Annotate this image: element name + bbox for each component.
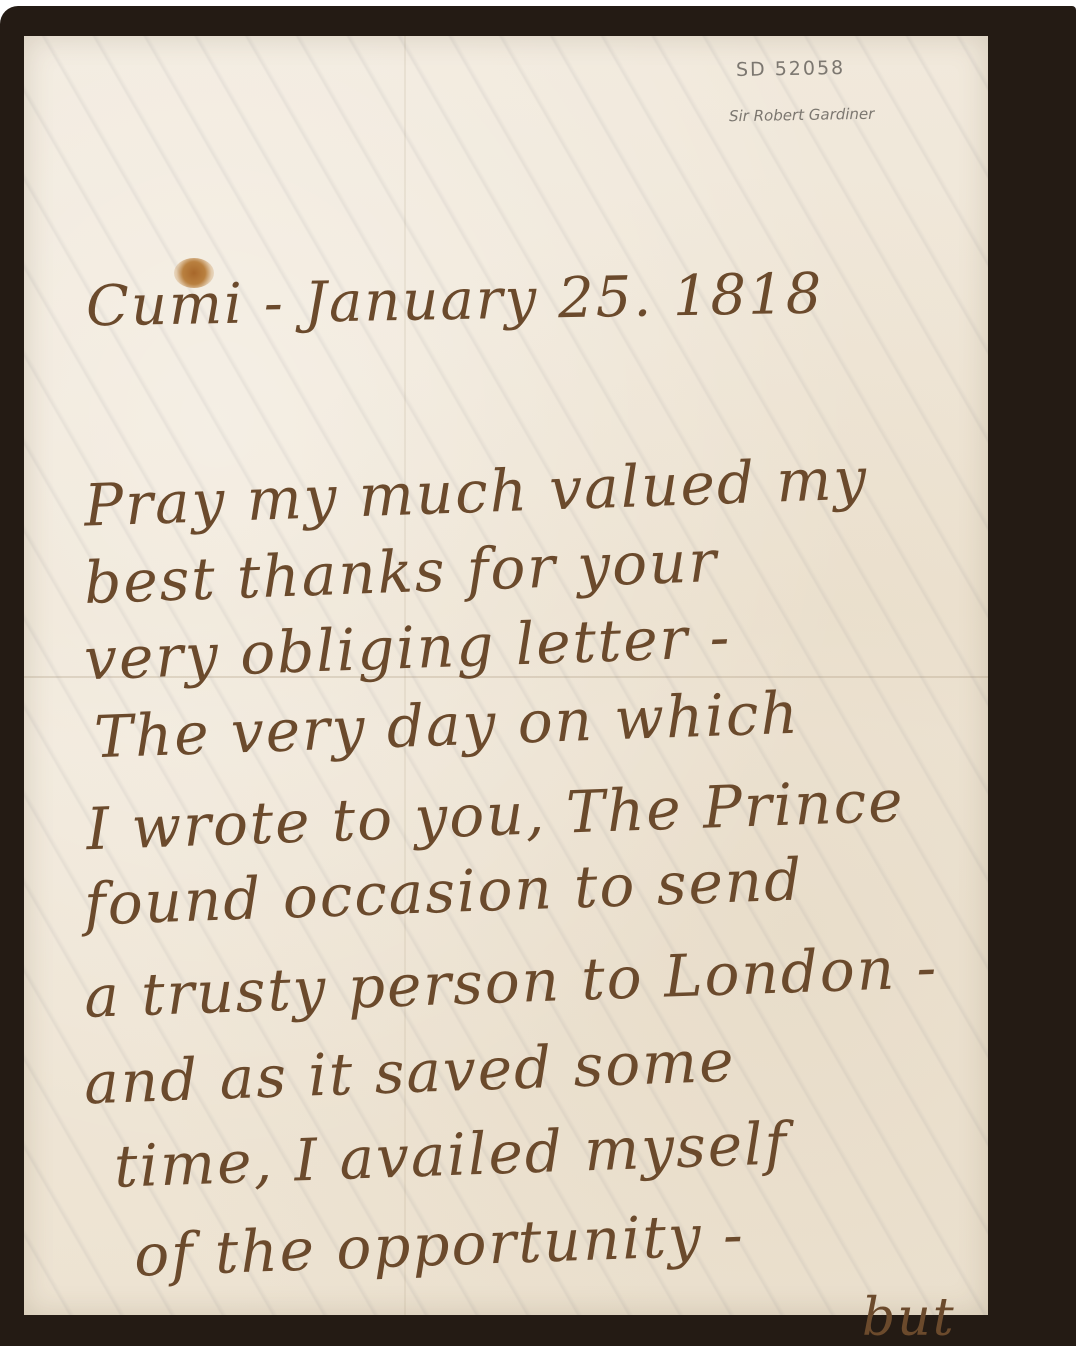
letter-line: and as it saved some (83, 1027, 737, 1118)
letter-line: a trusty person to London - (83, 933, 939, 1031)
letter-line: time, I availed myself (113, 1109, 789, 1200)
letter-sheet: SD 52058 Sir Robert Gardiner Cumi - Janu… (24, 36, 988, 1315)
letter-line: of the opportunity - (133, 1200, 746, 1289)
catchword: but (862, 1288, 956, 1346)
letter-line: The very day on which (93, 679, 801, 772)
letter-line: Pray my much valued my (83, 444, 869, 539)
archive-reference: SD 52058 (736, 57, 846, 81)
letter-line: very obliging letter - (83, 603, 732, 694)
letter-line: best thanks for your (83, 527, 719, 617)
letter-dateline: Cumi - January 25. 1818 (85, 262, 823, 340)
archive-collection-name: Sir Robert Gardiner (729, 105, 875, 126)
